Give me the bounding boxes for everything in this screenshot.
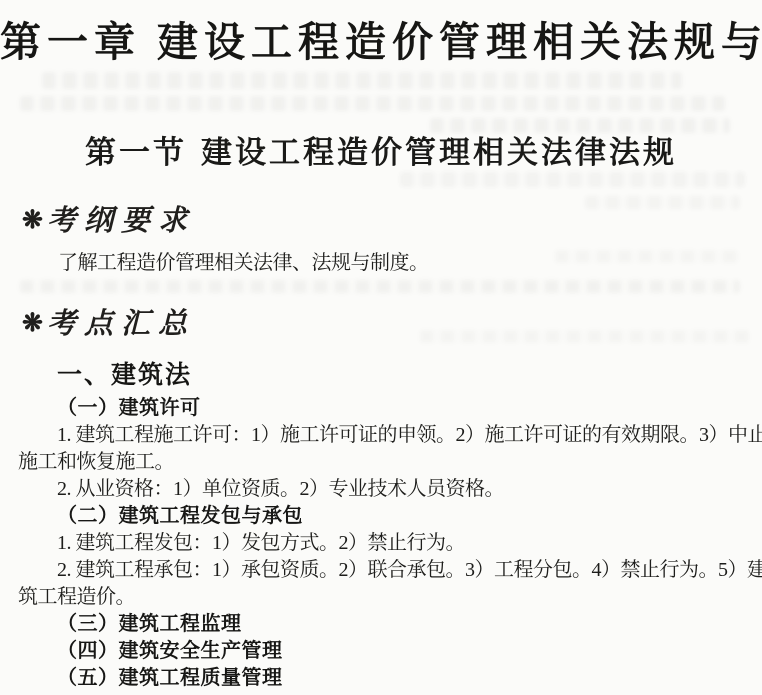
- keypoints-heading: ❋考点汇总: [22, 306, 195, 342]
- outline-subheading: （三）建筑工程监理: [18, 611, 750, 638]
- outline-item-continuation: 筑工程造价。: [18, 584, 750, 611]
- outline-subheading: （二）建筑工程发包与承包: [18, 503, 750, 530]
- section-title-text: 建设工程造价管理相关法律法规: [187, 135, 677, 170]
- bleed-through-artifact: [420, 330, 750, 343]
- outline-item: 2. 建筑工程承包：1）承包资质。2）联合承包。3）工程分包。4）禁止行为。5）…: [18, 557, 750, 584]
- section-title: 第一节建设工程造价管理相关法律法规: [0, 134, 762, 172]
- outline-item: 1. 建筑工程发包：1）发包方式。2）禁止行为。: [18, 530, 750, 557]
- flower-asterisk-icon: ❋: [22, 310, 43, 337]
- bleed-through-artifact: [20, 96, 725, 111]
- outline-subheading: （四）建筑安全生产管理: [18, 638, 750, 665]
- keypoints-heading-text: 考点汇总: [47, 308, 195, 340]
- bleed-through-artifact: [585, 196, 740, 209]
- chapter-label: 第一章: [0, 19, 141, 65]
- syllabus-body: 了解工程造价管理相关法律、法规与制度。: [18, 250, 748, 277]
- outline-item-continuation: 施工和恢复施工。: [18, 449, 750, 476]
- scanned-book-page: 第一章建设工程造价管理相关法规与制度 第一节建设工程造价管理相关法律法规 ❋考纲…: [0, 0, 762, 695]
- outline-item: 2. 从业资格：1）单位资质。2）专业技术人员资格。: [18, 476, 750, 503]
- outline-item: 1. 建筑工程施工许可：1）施工许可证的申领。2）施工许可证的有效期限。3）中止: [18, 422, 750, 449]
- outline-subheading: （一）建筑许可: [18, 395, 750, 422]
- bleed-through-artifact: [42, 72, 682, 89]
- outline-section-heading: 一、建筑法: [57, 359, 192, 391]
- bleed-through-artifact: [20, 280, 740, 293]
- flower-asterisk-icon: ❋: [22, 207, 43, 234]
- bleed-through-artifact: [430, 118, 730, 133]
- chapter-title: 第一章建设工程造价管理相关法规与制度: [0, 18, 762, 66]
- outline-subheading: （五）建筑工程质量管理: [18, 665, 750, 692]
- chapter-title-text: 建设工程造价管理相关法规与制度: [141, 19, 762, 65]
- bleed-through-artifact: [400, 172, 745, 187]
- syllabus-heading: ❋考纲要求: [22, 203, 195, 239]
- outline-list: （一）建筑许可 1. 建筑工程施工许可：1）施工许可证的申领。2）施工许可证的有…: [18, 395, 750, 692]
- section-label: 第一节: [85, 135, 187, 170]
- syllabus-heading-text: 考纲要求: [47, 205, 195, 237]
